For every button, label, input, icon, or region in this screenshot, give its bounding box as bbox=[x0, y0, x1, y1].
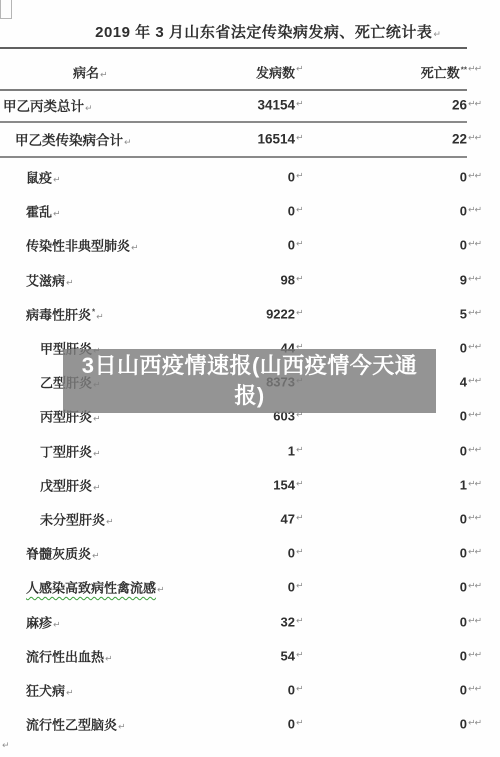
paragraph-mark-icon: ↵↵ bbox=[468, 64, 481, 75]
total-row-class-ab: 甲乙类传染病合计↵ 16514↵ 22↵↵ bbox=[0, 124, 500, 154]
table-row: 甲乙丙类总计↵ 34154↵ 26↵↵ bbox=[0, 90, 500, 120]
table-row: 甲乙类传染病合计↵ 16514↵ 22↵↵ bbox=[0, 124, 500, 154]
paragraph-mark-icon: ↵ bbox=[296, 683, 303, 694]
paragraph-mark-icon: ↵ bbox=[124, 137, 131, 147]
paragraph-mark-icon: ↵↵ bbox=[468, 273, 481, 284]
paragraph-mark-icon: ↵ bbox=[296, 512, 303, 523]
disease-name: 鼠疫↵ bbox=[26, 168, 60, 187]
table-row: 病毒性肝炎*↵ 9222↵ 5↵↵ bbox=[0, 297, 500, 331]
paragraph-mark-icon: ↵ bbox=[100, 70, 107, 80]
cases-count: 154↵ bbox=[273, 477, 295, 492]
paragraph-mark-icon: ↵↵ bbox=[468, 205, 481, 216]
paragraph-mark-icon: ↵ bbox=[296, 273, 303, 284]
paragraph-mark-icon: ↵ bbox=[85, 103, 92, 113]
cases-count: 9222↵ bbox=[266, 306, 295, 321]
deaths-count: 4↵↵ bbox=[460, 375, 467, 390]
paragraph-mark-icon: ↵ bbox=[66, 687, 73, 697]
table-row: 麻疹↵ 32↵ 0↵↵ bbox=[0, 604, 500, 638]
disease-name: 甲乙类传染病合计↵ bbox=[15, 129, 131, 149]
deaths-count: 0↵↵ bbox=[460, 511, 467, 526]
paragraph-mark-icon: ↵↵ bbox=[468, 99, 481, 110]
cases-count: 0↵ bbox=[288, 682, 295, 697]
deaths-count: 0↵↵ bbox=[460, 170, 467, 185]
disease-name: 麻疹↵ bbox=[26, 612, 60, 631]
paragraph-mark-icon: ↵ bbox=[92, 551, 99, 561]
paragraph-mark-icon: ↵ bbox=[157, 585, 164, 595]
paragraph-mark-icon: ↵ bbox=[93, 448, 100, 458]
table-header-row: 病名↵ 发病数↵ 死亡数**↵↵ bbox=[0, 58, 500, 86]
deaths-count: 0↵↵ bbox=[460, 614, 467, 629]
total-rule bbox=[0, 156, 467, 158]
deaths-count: 0↵↵ bbox=[460, 648, 467, 663]
paragraph-mark-icon: ↵↵ bbox=[468, 718, 481, 729]
table-row: 艾滋病↵ 98↵ 9↵↵ bbox=[0, 263, 500, 297]
cases-count: 98↵ bbox=[281, 272, 295, 287]
paragraph-mark-icon: ↵↵ bbox=[468, 581, 481, 592]
paragraph-mark-icon: ↵ bbox=[296, 444, 303, 455]
deaths-count: 22↵↵ bbox=[452, 132, 467, 147]
paragraph-mark-icon: ↵↵ bbox=[468, 410, 481, 421]
table-row: 鼠疫↵ 0↵ 0↵↵ bbox=[0, 160, 500, 194]
paragraph-mark-icon: ↵ bbox=[118, 722, 125, 732]
disease-name: 艾滋病↵ bbox=[26, 270, 73, 289]
disease-name: 传染性非典型肺炎↵ bbox=[26, 236, 138, 255]
paragraph-mark-icon: ↵ bbox=[296, 478, 303, 489]
table-row: 流行性出血热↵ 54↵ 0↵↵ bbox=[0, 639, 500, 673]
paragraph-mark-icon: ↵ bbox=[105, 653, 112, 663]
footnote-marker: * bbox=[92, 307, 95, 316]
cases-count: 0↵ bbox=[288, 717, 295, 732]
deaths-count: 0↵↵ bbox=[460, 341, 467, 356]
cases-count: 0↵ bbox=[288, 546, 295, 561]
paragraph-mark-icon: ↵↵ bbox=[468, 342, 481, 353]
paragraph-mark-icon: ↵↵ bbox=[468, 444, 481, 455]
table-body: 鼠疫↵ 0↵ 0↵↵ 霍乱↵ 0↵ 0↵↵ 传染性非典型肺炎↵ 0↵ 0↵↵ 艾… bbox=[0, 160, 500, 741]
total-row-all-classes: 甲乙丙类总计↵ 34154↵ 26↵↵ bbox=[0, 90, 500, 120]
table-row: 戊型肝炎↵ 154↵ 1↵↵ bbox=[0, 468, 500, 502]
disease-name: 未分型肝炎↵ bbox=[40, 509, 113, 528]
disease-name: 人感染高致病性禽流感↵ bbox=[26, 578, 164, 597]
cases-count: 1↵ bbox=[288, 443, 295, 458]
column-header-disease: 病名↵ bbox=[73, 63, 107, 82]
paragraph-mark-icon: ↵ bbox=[296, 64, 303, 75]
paragraph-mark-icon: ↵ bbox=[106, 516, 113, 526]
paragraph-mark-icon: ↵↵ bbox=[468, 478, 481, 489]
cases-count: 0↵ bbox=[288, 170, 295, 185]
disease-name: 甲乙丙类总计↵ bbox=[3, 95, 92, 115]
paragraph-mark-icon: ↵ bbox=[296, 307, 303, 318]
paragraph-mark-icon: ↵↵ bbox=[468, 683, 481, 694]
paragraph-mark-icon: ↵ bbox=[296, 133, 303, 144]
deaths-count: 26↵↵ bbox=[452, 98, 467, 113]
paragraph-mark-icon: ↵ bbox=[433, 29, 440, 39]
table-row: 脊髓灰质炎↵ 0↵ 0↵↵ bbox=[0, 536, 500, 570]
paragraph-mark-icon: ↵ bbox=[296, 171, 303, 182]
deaths-count: 5↵↵ bbox=[460, 306, 467, 321]
paragraph-mark-icon: ↵ bbox=[93, 414, 100, 424]
table-row: 丁型肝炎↵ 1↵ 0↵↵ bbox=[0, 434, 500, 468]
table-row: 人感染高致病性禽流感↵ 0↵ 0↵↵ bbox=[0, 570, 500, 604]
paragraph-mark-icon: ↵ bbox=[296, 239, 303, 250]
document-canvas: { "title": { "text": "2019 年 3 月山东省法定传染病… bbox=[0, 0, 500, 757]
total-rule bbox=[0, 121, 467, 123]
deaths-count: 0↵↵ bbox=[460, 546, 467, 561]
disease-name: 病毒性肝炎*↵ bbox=[26, 304, 103, 323]
deaths-count: 0↵↵ bbox=[460, 580, 467, 595]
paragraph-mark-icon: ↵ bbox=[66, 277, 73, 287]
paragraph-mark-icon: ↵↵ bbox=[468, 171, 481, 182]
column-header-cases: 发病数↵ bbox=[256, 63, 295, 82]
cases-count: 47↵ bbox=[281, 511, 295, 526]
title-rule bbox=[0, 47, 467, 49]
paragraph-mark-icon: ↵ bbox=[93, 482, 100, 492]
paragraph-mark-icon: ↵↵ bbox=[468, 307, 481, 318]
page-title: 2019 年 3 月山东省法定传染病发病、死亡统计表↵ bbox=[35, 21, 500, 42]
paragraph-mark-icon: ↵↵ bbox=[468, 376, 481, 387]
cases-count: 0↵ bbox=[288, 204, 295, 219]
paragraph-mark-icon: ↵ bbox=[296, 615, 303, 626]
cases-count: 16514↵ bbox=[257, 132, 295, 147]
footnote-marker: ** bbox=[461, 65, 467, 74]
paragraph-mark-icon: ↵ bbox=[296, 99, 303, 110]
page-title-text: 2019 年 3 月山东省法定传染病发病、死亡统计表 bbox=[95, 24, 432, 41]
disease-name: 流行性乙型脑炎↵ bbox=[26, 715, 125, 734]
paragraph-mark-icon: ↵ bbox=[296, 581, 303, 592]
paragraph-mark-icon: ↵ bbox=[53, 175, 60, 185]
disease-name: 戊型肝炎↵ bbox=[40, 475, 100, 494]
paragraph-mark-icon: ↵ bbox=[53, 209, 60, 219]
cases-count: 0↵ bbox=[288, 238, 295, 253]
deaths-count: 0↵↵ bbox=[460, 717, 467, 732]
table-row: 传染性非典型肺炎↵ 0↵ 0↵↵ bbox=[0, 228, 500, 262]
paragraph-mark-icon: ↵↵ bbox=[468, 615, 481, 626]
page-edge-artifact bbox=[0, 0, 12, 19]
paragraph-mark-icon: ↵ bbox=[296, 649, 303, 660]
deaths-count: 1↵↵ bbox=[460, 477, 467, 492]
table-row: 狂犬病↵ 0↵ 0↵↵ bbox=[0, 673, 500, 707]
paragraph-mark-icon: ↵↵ bbox=[468, 239, 481, 250]
cases-count: 32↵ bbox=[281, 614, 295, 629]
paragraph-mark-icon: ↵ bbox=[296, 547, 303, 558]
deaths-count: 0↵↵ bbox=[460, 204, 467, 219]
paragraph-mark-icon: ↵ bbox=[296, 718, 303, 729]
cases-count: 34154↵ bbox=[257, 98, 295, 113]
watermark-text: 3日山西疫情速报(山西疫情今天通报) bbox=[68, 351, 431, 411]
table-row: 霍乱↵ 0↵ 0↵↵ bbox=[0, 194, 500, 228]
paragraph-mark-icon: ↵↵ bbox=[468, 649, 481, 660]
paragraph-mark-icon: ↵↵ bbox=[468, 133, 481, 144]
deaths-count: 9↵↵ bbox=[460, 272, 467, 287]
deaths-count: 0↵↵ bbox=[460, 409, 467, 424]
disease-name: 霍乱↵ bbox=[26, 202, 60, 221]
watermark-overlay: 3日山西疫情速报(山西疫情今天通报) bbox=[63, 349, 436, 413]
cases-count: 0↵ bbox=[288, 580, 295, 595]
column-header-deaths: 死亡数**↵↵ bbox=[421, 63, 467, 82]
paragraph-mark-icon: ↵ bbox=[296, 205, 303, 216]
deaths-count: 0↵↵ bbox=[460, 443, 467, 458]
paragraph-mark-icon: ↵ bbox=[96, 311, 103, 321]
deaths-count: 0↵↵ bbox=[460, 682, 467, 697]
paragraph-mark-icon: ↵ bbox=[131, 243, 138, 253]
disease-name: 流行性出血热↵ bbox=[26, 646, 112, 665]
table-row: 流行性乙型脑炎↵ 0↵ 0↵↵ bbox=[0, 707, 500, 741]
paragraph-mark-icon: ↵↵ bbox=[468, 547, 481, 558]
table-row: 未分型肝炎↵ 47↵ 0↵↵ bbox=[0, 502, 500, 536]
paragraph-mark-icon: ↵ bbox=[2, 740, 9, 751]
disease-name: 脊髓灰质炎↵ bbox=[26, 544, 99, 563]
deaths-count: 0↵↵ bbox=[460, 238, 467, 253]
disease-name: 丁型肝炎↵ bbox=[40, 441, 100, 460]
cases-count: 54↵ bbox=[281, 648, 295, 663]
paragraph-mark-icon: ↵ bbox=[53, 619, 60, 629]
paragraph-mark-icon: ↵↵ bbox=[468, 512, 481, 523]
disease-name: 狂犬病↵ bbox=[26, 680, 73, 699]
